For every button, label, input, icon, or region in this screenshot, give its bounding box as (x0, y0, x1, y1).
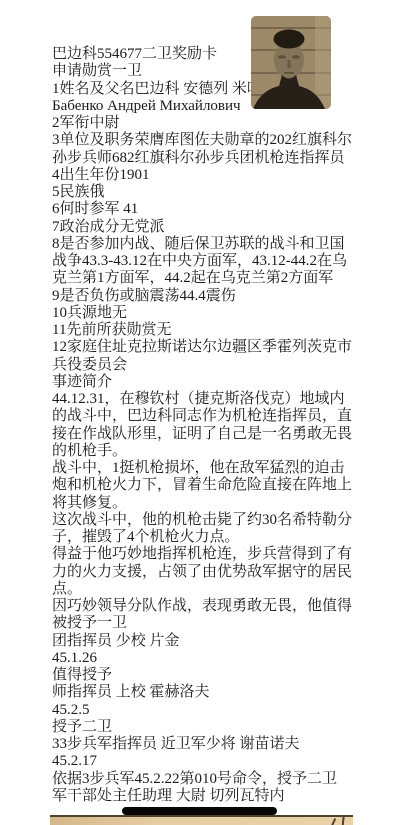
date-regiment: 45.1.26 (52, 650, 354, 667)
portrait-photo-art (251, 16, 331, 109)
sign-personnel-officer: 军干部处主任助理 大尉 切列瓦特内 (52, 788, 354, 805)
endorsement-award: 授予二卫 (52, 719, 354, 736)
scanned-document-edge (50, 815, 353, 825)
sign-regiment-commander: 团指挥员 少校 片金 (52, 633, 354, 650)
field-birth-year: 4出生年份1901 (52, 167, 354, 184)
field-draft-place: 10兵源地无 (52, 305, 354, 322)
date-division: 45.2.5 (52, 702, 354, 719)
field-wounds: 9是否负伤或脑震荡44.4震伤 (52, 288, 354, 305)
field-ethnicity: 5民族俄 (52, 184, 354, 201)
redaction-bar (122, 807, 277, 815)
citation-conclusion: 因巧妙领导分队作战，表现勇敢无畏，他值得被授予一卫 (52, 598, 354, 633)
field-rank: 2军衔中尉 (52, 115, 354, 132)
field-party-status: 7政治成分无党派 (52, 219, 354, 236)
citation-para-4: 得益于他巧妙地指挥机枪连，步兵营得到了有力的火力支援，占领了由优势敌军据守的居民… (52, 546, 354, 598)
field-home-address: 12家庭住址克拉斯诺达尔边疆区季霍列茨克市兵役委员会 (52, 339, 354, 374)
field-service-since: 6何时参军 41 (52, 201, 354, 218)
hair-shape (274, 30, 305, 49)
citation-para-2: 战斗中，1挺机枪损坏，他在敌军猛烈的迫击炮和机枪火力下，冒着生命危险直接在阵地上… (52, 460, 354, 512)
portrait-photo (251, 16, 331, 109)
endorsement-worthy: 值得授予 (52, 667, 354, 684)
date-corps: 45.2.17 (52, 753, 354, 770)
award-card-text: 巴边科554677二卫奖励卡 申请勋赏一卫 1姓名及父名巴边科 安德列 米哈 Б… (52, 46, 354, 805)
citation-para-3: 这次战斗中，他的机枪击毙了约30名希特勒分子，摧毁了4个机枪火力点。 (52, 512, 354, 547)
pen-mark (330, 818, 336, 825)
sign-division-commander: 师指挥员 上校 霍赫洛夫 (52, 684, 354, 701)
photo-light-edge (315, 16, 331, 109)
pen-mark (341, 817, 344, 825)
order-reference: 依据3步兵军45.2.22第010号命令，授予二卫 (52, 771, 354, 788)
field-campaigns: 8是否参加内战、随后保卫苏联的战斗和卫国战争43.3-43.12在中央方面军，4… (52, 236, 354, 288)
sign-corps-commander: 33步兵军指挥员 近卫军少将 谢苗诺夫 (52, 736, 354, 753)
field-prior-awards: 11先前所获勋赏无 (52, 322, 354, 339)
field-unit-position: 3单位及职务荣膺库图佐夫勋章的202红旗科尔孙步兵师682红旗科尔孙步兵团机枪连… (52, 132, 354, 167)
heading-citation: 事迹简介 (52, 374, 354, 391)
citation-para-1: 44.12.31，在穆钦村（捷克斯洛伐克）地域内的战斗中，巴边科同志作为机枪连指… (52, 391, 354, 460)
